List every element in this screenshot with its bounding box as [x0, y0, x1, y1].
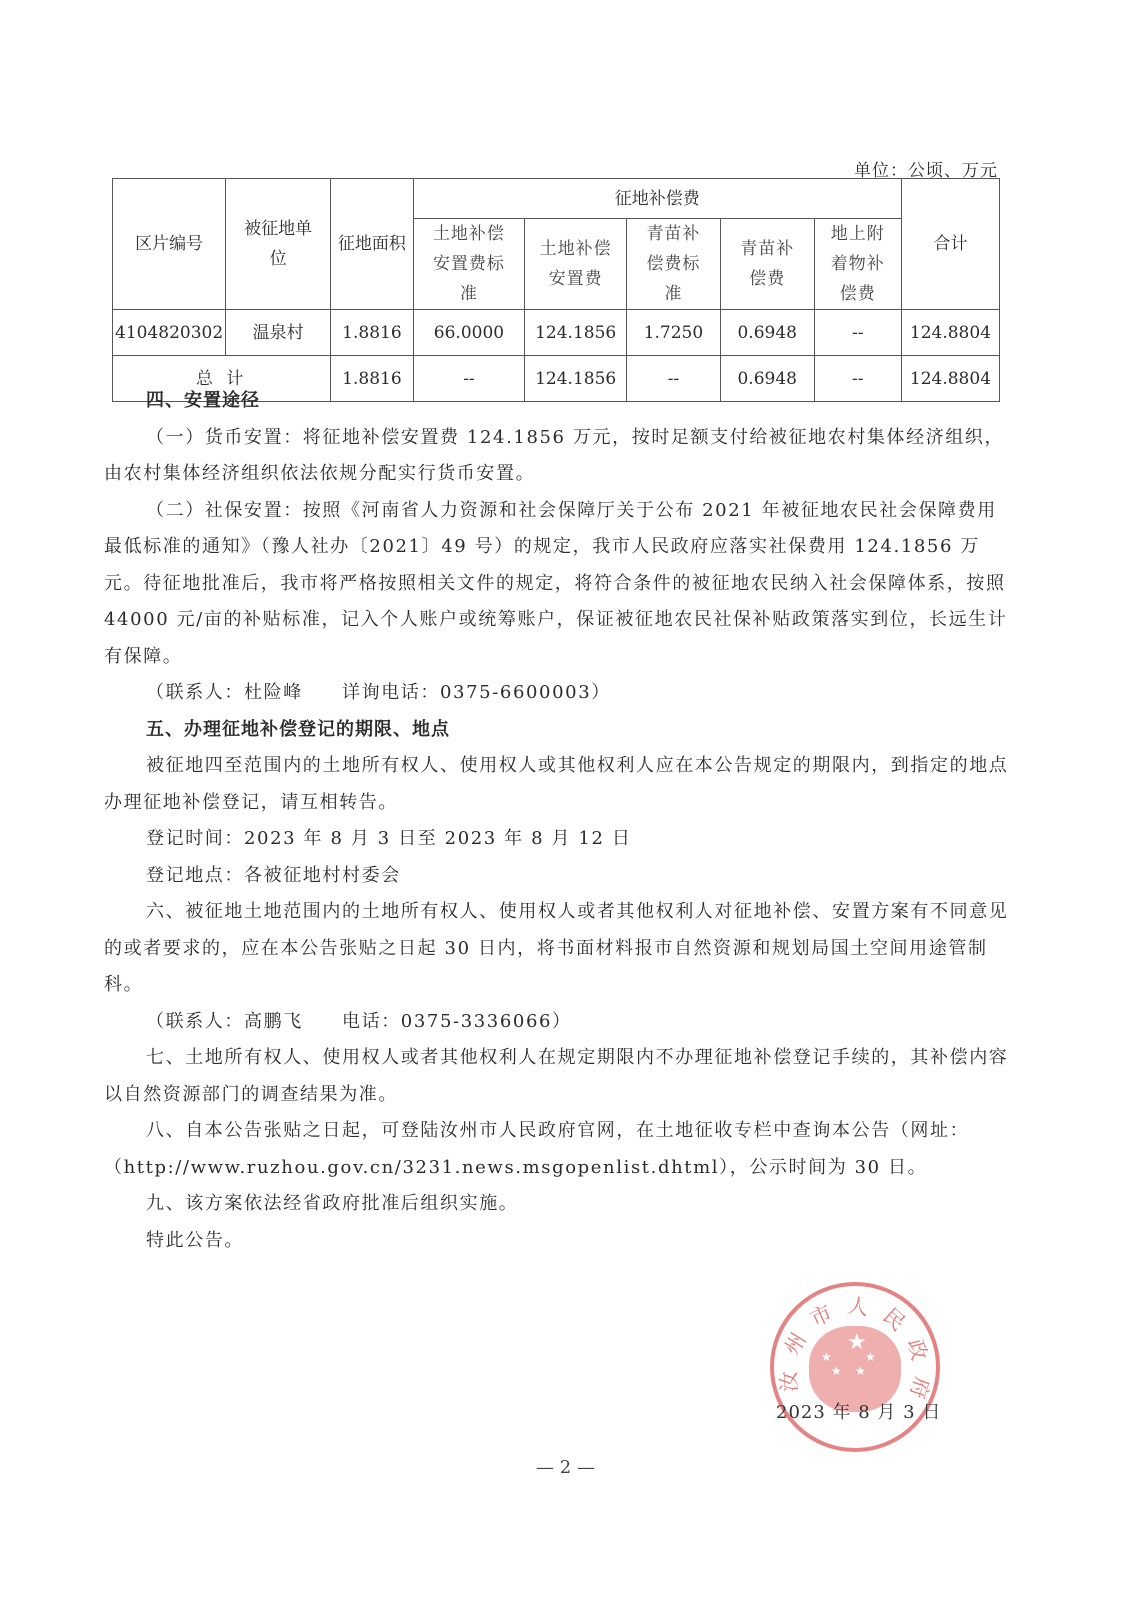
section-4-title: 四、安置途径 [104, 383, 1009, 420]
cell-crop-standard: 1.7250 [627, 310, 721, 356]
cell-block-id: 4104820302 [113, 310, 226, 356]
section-5-time: 登记时间：2023 年 8 月 3 日至 2023 年 8 月 12 日 [104, 821, 1009, 858]
compensation-table: 区片编号 被征地单位 征地面积 征地补偿费 合计 土地补偿安置费标准 土地补偿安… [112, 178, 1000, 402]
section-4-social-security: （二）社保安置：按照《河南省人力资源和社会保障厅关于公布 2021 年被征地农民… [104, 493, 1009, 676]
section-5-text: 被征地四至范围内的土地所有权人、使用权人或其他权利人应在本公告规定的期限内，到指… [104, 748, 1009, 821]
header-total: 合计 [901, 179, 999, 310]
section-6-contact: （联系人：高鹏飞 电话：0375-3336066） [104, 1004, 1009, 1041]
cell-land-fee: 124.1856 [525, 310, 627, 356]
header-attachment-fee: 地上附着物补偿费 [814, 219, 901, 310]
cell-attachment-fee: -- [814, 310, 901, 356]
section-7: 七、土地所有权人、使用权人或者其他权利人在规定期限内不办理征地补偿登记手续的，其… [104, 1040, 1009, 1113]
issue-date: 2023 年 8 月 3 日 [776, 1398, 941, 1424]
cell-area: 1.8816 [331, 310, 413, 356]
table-row: 4104820302 温泉村 1.8816 66.0000 124.1856 1… [113, 310, 1000, 356]
header-block-id: 区片编号 [113, 179, 226, 310]
section-4-contact: （联系人：杜险峰 详询电话：0375-6600003） [104, 675, 1009, 712]
section-8: 八、自本公告张贴之日起，可登陆汝州市人民政府官网，在土地征收专栏中查询本公告（网… [104, 1113, 1009, 1186]
header-compensation-group: 征地补偿费 [413, 179, 901, 219]
document-body: 四、安置途径 （一）货币安置：将征地补偿安置费 124.1856 万元，按时足额… [104, 383, 1009, 1259]
header-crop-fee: 青苗补偿费 [720, 219, 814, 310]
section-9: 九、该方案依法经省政府批准后组织实施。 [104, 1186, 1009, 1223]
section-5-place: 登记地点：各被征地村村委会 [104, 858, 1009, 895]
section-4-monetary: （一）货币安置：将征地补偿安置费 124.1856 万元，按时足额支付给被征地农… [104, 420, 1009, 493]
cell-total: 124.8804 [901, 310, 999, 356]
header-crop-standard: 青苗补偿费标准 [627, 219, 721, 310]
cell-unit: 温泉村 [226, 310, 331, 356]
closing: 特此公告。 [104, 1223, 1009, 1260]
cell-crop-fee: 0.6948 [720, 310, 814, 356]
header-area: 征地面积 [331, 179, 413, 310]
section-6: 六、被征地土地范围内的土地所有权人、使用权人或者其他权利人对征地补偿、安置方案有… [104, 894, 1009, 1004]
section-5-title: 五、办理征地补偿登记的期限、地点 [104, 712, 1009, 749]
cell-land-standard: 66.0000 [413, 310, 525, 356]
header-land-fee: 土地补偿安置费 [525, 219, 627, 310]
header-unit: 被征地单位 [226, 179, 331, 310]
page-number: — 2 — [0, 1457, 1131, 1478]
header-land-standard: 土地补偿安置费标准 [413, 219, 525, 310]
official-seal: 汝州市人民政府 ★ ★ ★ ★ ★ [770, 1282, 940, 1452]
